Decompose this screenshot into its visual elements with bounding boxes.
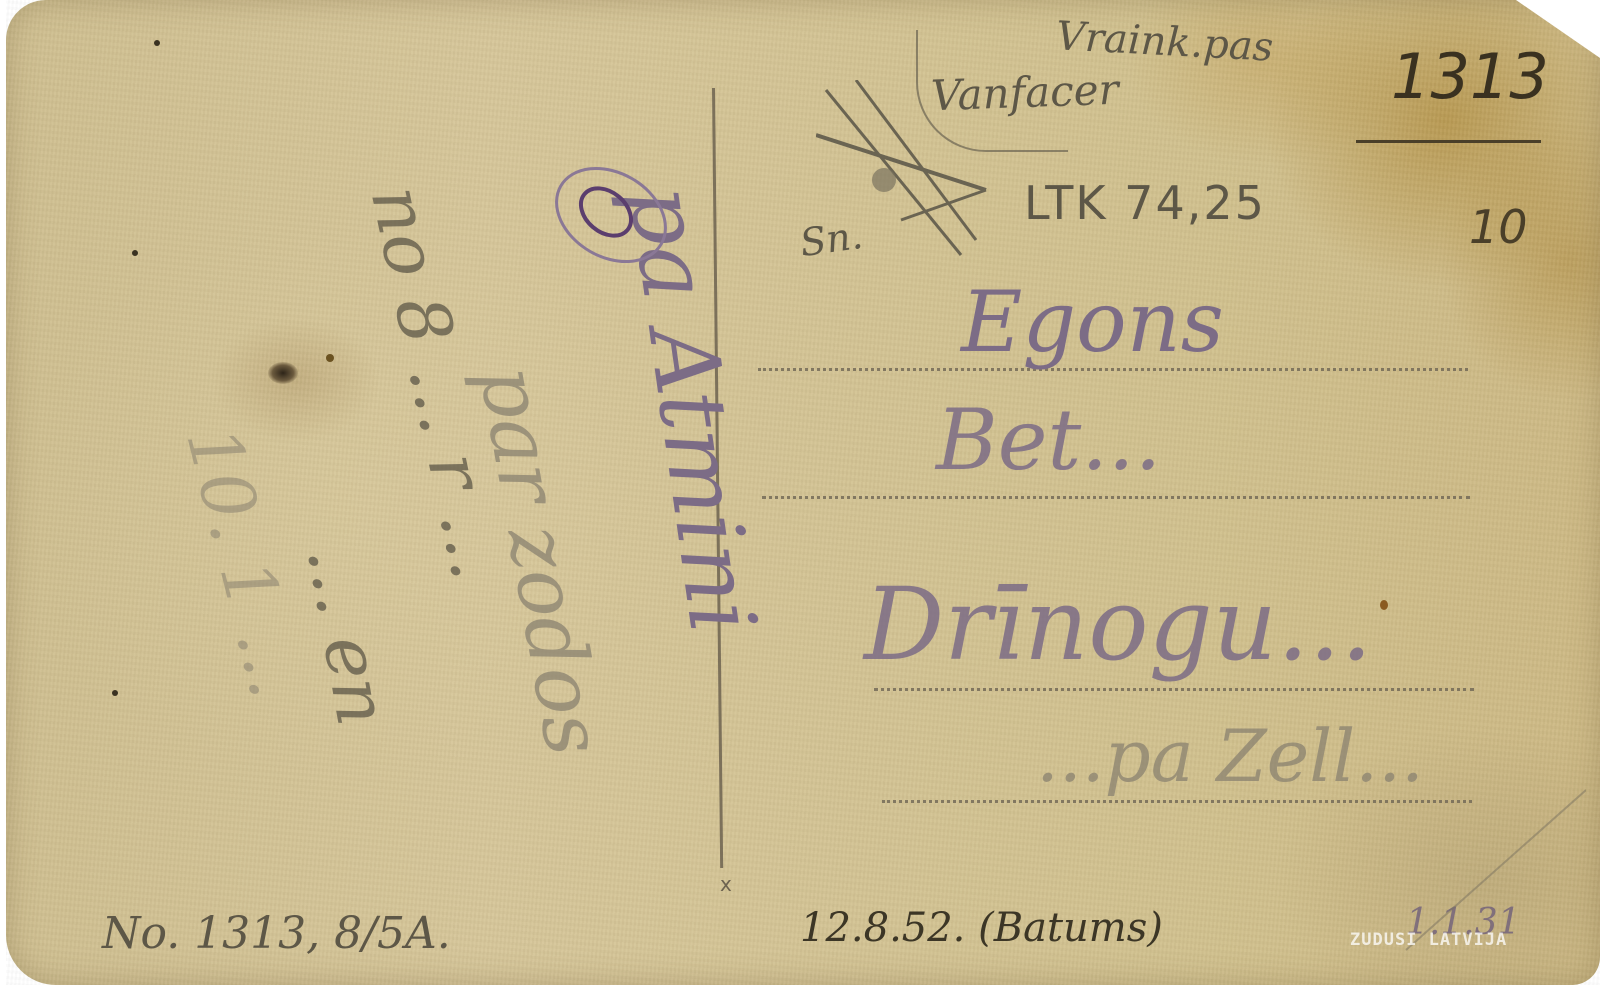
divider-mark: x bbox=[720, 872, 732, 896]
address-line-3: Drīnogu... bbox=[864, 575, 1372, 675]
stain-spot bbox=[132, 250, 138, 256]
stain-spot bbox=[112, 690, 118, 696]
address-line-4: ...pa Zell... bbox=[1036, 720, 1424, 792]
message-column-4: ... en bbox=[297, 540, 399, 730]
address-rule-4 bbox=[882, 800, 1472, 803]
bottom-note-left: No. 1313, 8/5A. bbox=[102, 912, 451, 956]
catalog-code: LTK 74,25 bbox=[1024, 180, 1266, 226]
postcard: 1313 10 Vraink.pas Vanfacer Sn. LTK 74,2… bbox=[6, 0, 1600, 985]
address-rule-2 bbox=[762, 496, 1470, 499]
address-line-2: Bet... bbox=[936, 398, 1161, 482]
circled-o-icon bbox=[546, 160, 676, 270]
reference-denominator: 10 bbox=[1469, 200, 1528, 254]
stain-spot bbox=[154, 40, 160, 46]
address-line-1: Egons bbox=[961, 280, 1224, 364]
stain-spot bbox=[326, 354, 334, 362]
bottom-note-center: 12.8.52. (Batums) bbox=[800, 908, 1163, 948]
stain-spot bbox=[1380, 600, 1388, 610]
fraction-bar bbox=[1356, 140, 1541, 143]
prefix-note: Sn. bbox=[798, 216, 865, 262]
reference-numerator: 1313 bbox=[1391, 40, 1549, 113]
archive-watermark: ZUDUSI LATVIJA bbox=[1350, 930, 1507, 950]
stain-spot bbox=[268, 362, 298, 384]
note-line-1: Vraink.pas bbox=[1055, 16, 1274, 67]
address-rule-3 bbox=[874, 688, 1474, 691]
